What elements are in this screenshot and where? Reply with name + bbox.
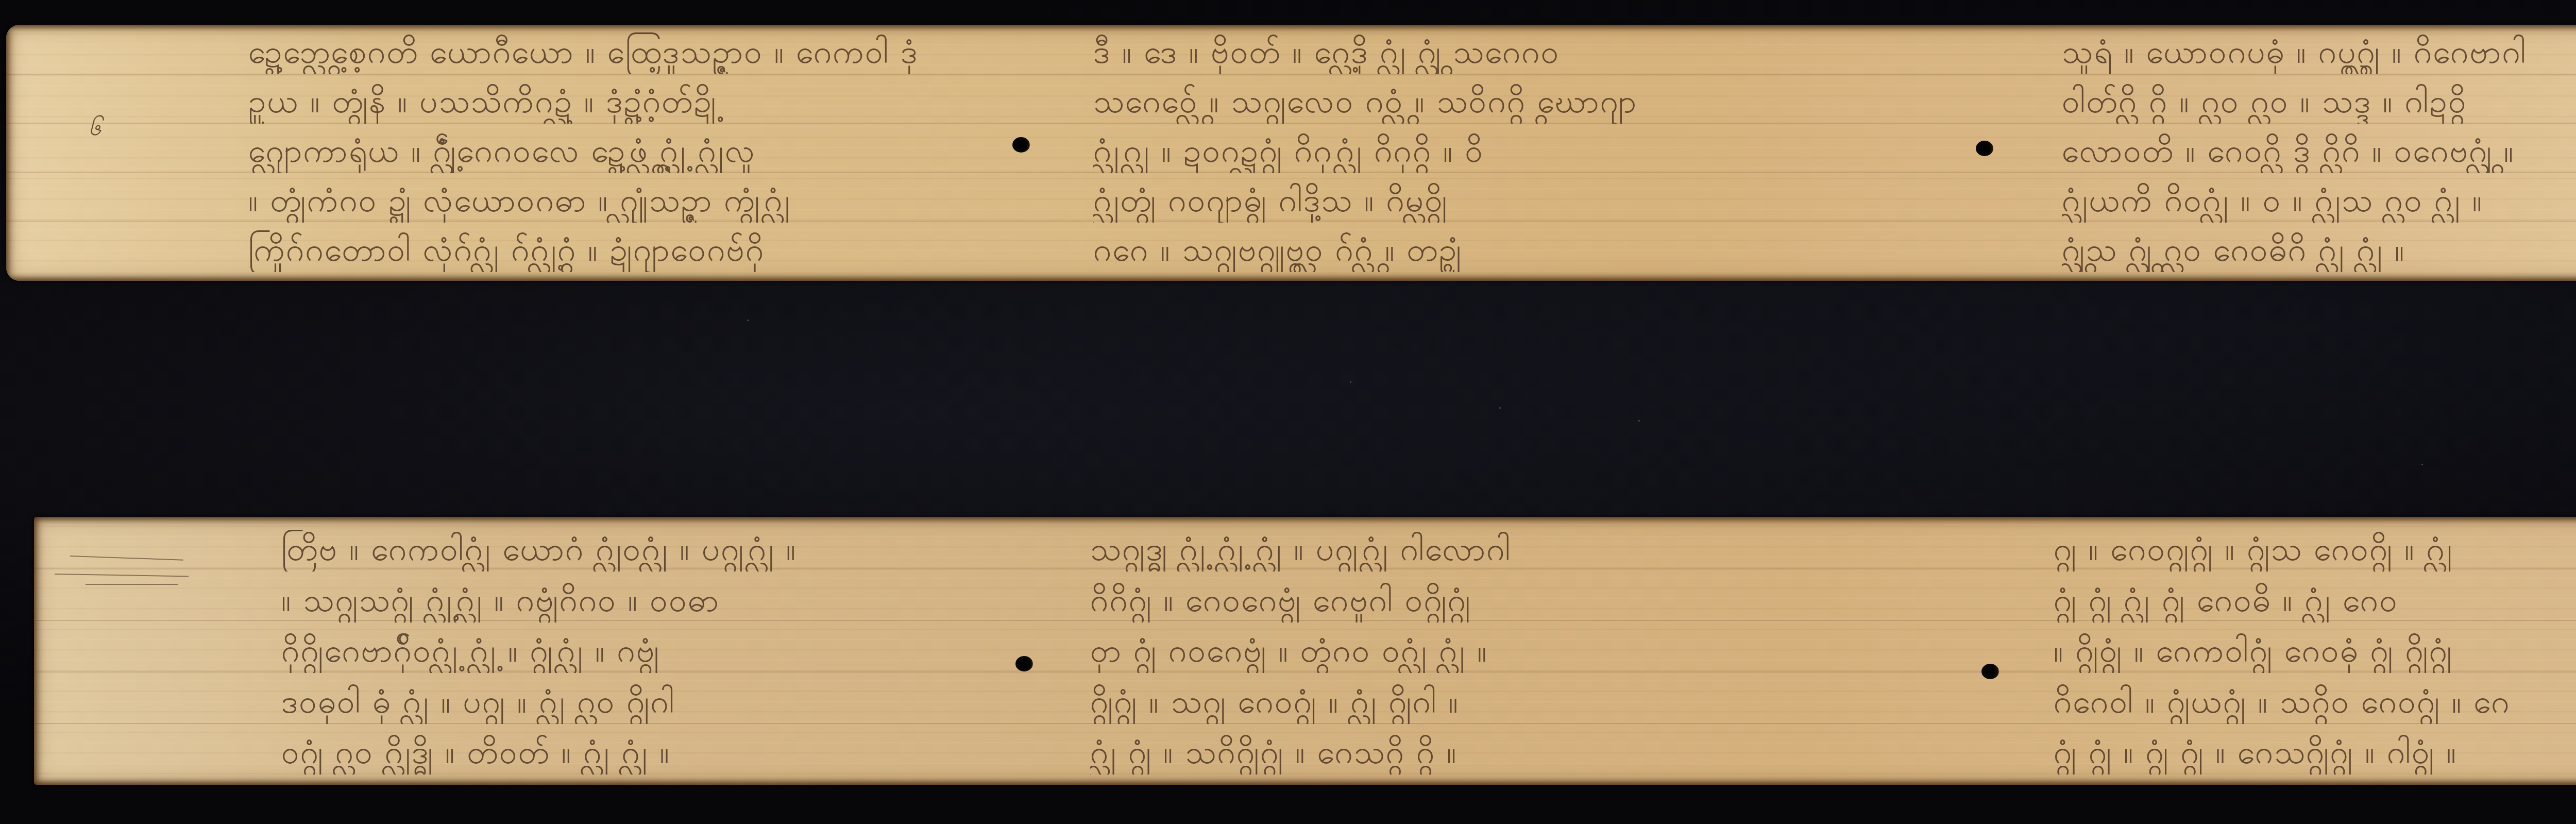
script-line: ။ သဂ္ဂုသဂ္ဂုံ ဂ္လုံ့ဂ္လုံ ။ ဂဗ္ဂုံဂိဂဝ ။… (281, 578, 972, 623)
script-line: ဂိုဂ္ဂိုဂေဗာဂ်ိုဝဂ္လုံ့ ဂ္လုံ့ ။ ဂ္ဂုံဂ္… (281, 629, 972, 673)
script-line: ဂ္လုံ ဂ္ဂုံ ။ သဂိဂ္ဂိုဂ္ဂုံ ။ ဂေသဂ္ဂိ ဂ္… (1090, 730, 1884, 775)
script-line: ဂိဂိဂ္ဂုံ ။ ဂေဝဂေဗ္ဂုံ ဂေဗူဂါ ဝဂ္ဂိုဂ္ဂု… (1090, 578, 1884, 623)
script-line: ဒီ ။ ဒေ ။ ဗိုဝတ် ။ ဂ္လေ့ဒို ဂ္လုံ ဂ္လွုံ… (1093, 30, 1840, 74)
script-line: ဂ္လုံတွုံ ဂဝဂျာဓွုံ ဂါဒို့သ ။ ဂိမ္လဝ္ဂို (1093, 178, 1840, 223)
script-line: ဂ္ဂုံ ဂ္ဂုံ ဂ္လုံ ဂ္ဂုံ ဂေဝဓိ ။ ဂ္လုံ ဂေ… (2054, 578, 2576, 623)
script-line: သူရံ ။ ယောဝဂပဓုံ ။ ဂပ္ဂ္လဂ္ဂုံ ။ ဂိဂေဗာဂ… (2062, 30, 2576, 74)
script-line: ဂ္ဂိုဂ္ဂုံ ။ သဂ္ဂု ဂေဝဂ္ဂုံ ။ ဂ္လုံ ဂ္ဂိ… (1090, 680, 1884, 724)
script-line: ဂိဂေဝါ ။ ဂ္ဂုံယဂ္ဂုံ ။ သဂ္ဂိဝ ဂေဝဂ္ဂုံ ။… (2054, 680, 2576, 724)
text-block-center: ဒီ ။ ဒေ ။ ဗိုဝတ် ။ ဂ္လေ့ဒို ဂ္လုံ ဂ္လွုံ… (1093, 30, 1840, 272)
text-block-center: သဂ္ဂုဒ္ဓု ဂ္လုံ့ ဂ္လုံ့ ဂ္လုံ ။ ပဂ္ဂုဂ္လ… (1090, 527, 1884, 775)
script-line: ဉူယ ။ တွုံနိ ။ ပသသိကိဂဍ္လံ့ ။ ဒုံဍွံ့ဂံ့… (248, 79, 954, 124)
binding-hole (1012, 137, 1030, 153)
script-line: ဂ္ဂုံ ဂ္ဂုံ ။ ဂ္ဂုံ ဂ္ဂုံ ။ ဂေသဂ္ဂိုဂ္ဂု… (2054, 730, 2576, 775)
binding-hole (1976, 141, 1993, 156)
surface-scratch (70, 556, 183, 561)
palm-leaf-folio-bottom: တြိဗ ။ ဂေကဝါဂ္လုံ ယောဂံ ဂ္လုံဝဂ္လုံ ။ ပဂ… (34, 517, 2576, 785)
script-line: ဂဂေ ။ သဂ္ဂုဗဂ္ဂူဗ္ဂ္လဝ ဂ်ဂ္လွံ ။ တဉ္ဂုံ (1093, 228, 1840, 272)
script-line: ဂ္လွုံသ ဂ္လွုံ ဂ္လဝ ဂေဝဓိဂိ ဂ္လုံ ဂ္လုံ … (2062, 228, 2576, 272)
dust-speck (747, 319, 749, 321)
dust-speck (1350, 381, 1351, 383)
script-line: ။ တွုံကံဂဝ ဍွုံ လုံယောဝဂဓာ ။ ဂ္လျုံသဉ္ဇာ… (248, 178, 954, 223)
script-line: ။ ဂ္ဂိုဝ္ဂုံ ။ ဂေကဝါဂ္ဂုံ ဂေဝဓုံ ဂ္ဂုံ ဂ… (2054, 629, 2576, 673)
dust-speck (1499, 407, 1501, 409)
dust-speck (1638, 420, 1640, 422)
text-block-right: သူရံ ။ ယောဝဂပဓုံ ။ ဂပ္ဂ္လဂ္ဂုံ ။ ဂိဂေဗာဂ… (2062, 30, 2576, 272)
script-line: ဝါတ်ဂ္လိ ဂ္ဂိ ။ ဂ္လဝ ဂ္လဝ ။ သဒ္ဒ ။ ဂါဍဝ္… (2062, 79, 2576, 124)
script-line: ဝှာ ဂ္ဂုံ ဂဝဂေဗ္ဂုံ ။ တွံဂဝ ဝဂ္လုံ ဂ္လုံ… (1090, 629, 1884, 673)
script-line: ဒဝဓုဝါ ဓုံ ဂ္လုံ ။ ပဂ္ဂု ။ ဂ္လုံ ဂ္လဝ ဂ္… (281, 680, 972, 724)
palm-leaf-folio-top: ၆ ဍွေ့ဘ္လွေ့စေ့ဂတိ ယောဂီယော ။ ထြေ့ဒူသဉ္ဇ… (6, 25, 2576, 281)
folio-number: ၆ (89, 113, 101, 146)
script-line: ဂ္လုံဂ္လု ။ ဍဝဂဍ္လဂ္ဂုံ ဂိဂုဂ္လုံ ဂိဂုဂ္… (1093, 129, 1840, 173)
script-line: ဂ္လျောကာရုံယ ။ ဂ္လဵုံ့ဂေဂဝလေ ဍွေ့ဖ္လွံ့ … (248, 129, 954, 173)
script-line: ဍွေ့ဘ္လွေ့စေ့ဂတိ ယောဂီယော ။ ထြေ့ဒူသဉ္ဇာဝ… (248, 30, 954, 74)
dust-speck (2421, 464, 2423, 465)
text-block-left: ဍွေ့ဘ္လွေ့စေ့ဂတိ ယောဂီယော ။ ထြေ့ဒူသဉ္ဇာဝ… (248, 30, 954, 272)
script-line: ဝဂ္ဂုံ ဂ္လဝ ဂ္လိုဒ္ဓို ။ တိဝတ် ။ ဂ္လုံ ဂ… (281, 730, 972, 775)
binding-hole (1981, 664, 1999, 679)
script-line: ကြိုဂ်ဂတောဝါ လုံဂ်ဂ္လုံ ဂ်ဂ္လုံ့ဂွံ ။ ဍု… (248, 228, 954, 272)
script-line: လောဝတိ ။ ဂေဝဂ္လိ ဒွိ ဂ္လိဂိ ။ ဝဂေဗဂ္လွုံ… (2062, 129, 2576, 173)
binding-hole (1015, 656, 1033, 671)
surface-scratch (86, 584, 178, 585)
text-block-right: ဂ္ဂု ။ ဂေဝဂ္ဂုဂ္ဂုံ ။ ဂ္ဂုံသ ဂေဝဂ္ဂို ။ … (2054, 527, 2576, 775)
text-block-left: တြိဗ ။ ဂေကဝါဂ္လုံ ယောဂံ ဂ္လုံဝဂ္လုံ ။ ပဂ… (281, 527, 972, 775)
script-line: ဂ္လုံယကိ ဂိဝဂ္လုံ ။ ဝ ။ ဂ္လုံသ ဂ္လဝ ဂ္လု… (2062, 178, 2576, 223)
script-line: သဂေဝ္လွ်ေ ။ သဂ္ဂုလေဝ ဂဝ္လွံ ။ သဝိဂဂ္ဂွိ … (1093, 79, 1840, 124)
script-line: တြိဗ ။ ဂေကဝါဂ္လုံ ယောဂံ ဂ္လုံဝဂ္လုံ ။ ပဂ… (281, 527, 972, 571)
surface-scratch (55, 574, 189, 577)
script-line: ဂ္ဂု ။ ဂေဝဂ္ဂုဂ္ဂုံ ။ ဂ္ဂုံသ ဂေဝဂ္ဂို ။ … (2054, 527, 2576, 571)
script-line: သဂ္ဂုဒ္ဓု ဂ္လုံ့ ဂ္လုံ့ ဂ္လုံ ။ ပဂ္ဂုဂ္လ… (1090, 527, 1884, 571)
